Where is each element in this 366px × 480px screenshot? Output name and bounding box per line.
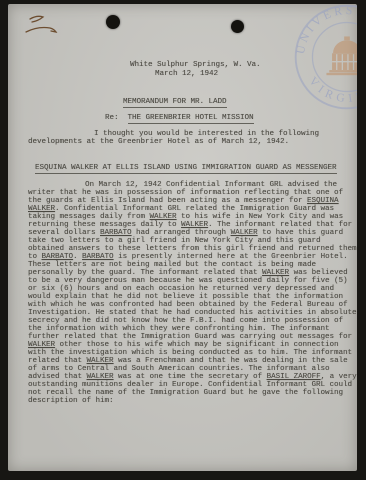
document-scan: UNIVERSITY OF VIRGINIA	[0, 0, 366, 480]
memo-page: UNIVERSITY OF VIRGINIA	[8, 4, 357, 471]
re-label: Re:	[105, 114, 119, 122]
body-paragraph: On March 12, 1942 Confidential Informant…	[28, 181, 357, 405]
underlined-name: WALKER	[262, 269, 289, 277]
underlined-name: BARBATO	[42, 253, 74, 261]
underlined-name: BARBATO	[100, 229, 132, 237]
re-subject: THE GREENBRIER HOTEL MISSION	[128, 114, 254, 124]
dateline-place: White Sulphur Springs, W. Va.	[130, 61, 261, 69]
section-heading: ESQUINA WALKER AT ELLIS ISLAND USING IMM…	[35, 164, 337, 174]
text-segment: was believed to be a very dangerous man …	[28, 269, 357, 341]
underlined-name: WALKER	[181, 221, 208, 229]
text-segment: was at one time the secretary of	[114, 373, 267, 381]
intro-paragraph: I thought you would be interested in the…	[28, 130, 330, 146]
text-segment: .	[73, 253, 82, 261]
underlined-name: WALKER	[87, 357, 114, 365]
memo-text: White Sulphur Springs, W. Va. March 12, …	[8, 4, 357, 471]
text-segment: On March 12, 1942 Confidential Informant…	[28, 181, 343, 205]
underlined-name: WALKER	[28, 341, 55, 349]
underlined-name: WALKER	[231, 229, 258, 237]
underlined-name: BASIL ZAROFF	[267, 373, 321, 381]
underlined-name: WALKER	[150, 213, 177, 221]
text-segment: had arranged through	[132, 229, 231, 237]
dateline-date: March 12, 1942	[155, 70, 218, 78]
memo-title: MEMORANDUM FOR MR. LADD	[123, 98, 227, 108]
underlined-name: BARBATO	[82, 253, 114, 261]
underlined-name: WALKER	[87, 373, 114, 381]
